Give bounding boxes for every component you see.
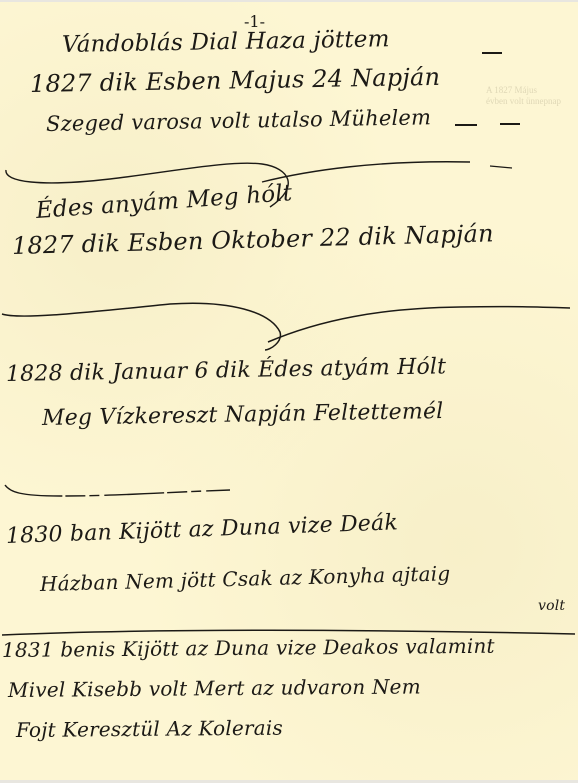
entry-1831-line-3: Fojt Keresztül Az Kolerais — [16, 716, 283, 742]
bleed-line: A 1827 Május — [486, 85, 561, 96]
entry-1830-line-2: Házban Nem jött Csak az Konyha ajtaig — [40, 561, 451, 596]
entry-mother-line-2: 1827 dik Esben Oktober 22 dik Napján — [12, 219, 494, 260]
entry-father-line-1: 1828 dik Januar 6 dik Édes atyám Hólt — [6, 354, 447, 387]
bleed-through-text: A 1827 Május évben volt ünnepnap — [486, 85, 561, 107]
dash-mark — [482, 52, 502, 54]
dash-mark — [500, 123, 520, 125]
manuscript-page: -1- A 1827 Május évben volt ünnepnap Ván… — [0, 2, 578, 780]
entry-birth-line-2: 1827 dik Esben Majus 24 Napján — [30, 63, 441, 98]
entry-mother-line-1: Édes anyám Meg hólt — [35, 180, 293, 224]
entry-1831-line-2: Mivel Kisebb volt Mert az udvaron Nem — [8, 674, 421, 702]
entry-1830-line-1: 1830 ban Kijött az Duna vize Deák — [6, 510, 399, 549]
entry-father-line-2: Meg Vízkereszt Napján Feltettemél — [42, 399, 444, 431]
entry-1831-line-1: 1831 benis Kijött az Duna vize Deakos va… — [2, 634, 495, 662]
entry-birth-line-1: Vándoblás Dial Haza jöttem — [62, 26, 390, 58]
dash-mark — [455, 124, 477, 126]
entry-birth-line-3: Szeged varosa volt utalso Mühelem — [46, 105, 432, 136]
entry-1830-line-3: volt — [538, 598, 565, 614]
bleed-line: évben volt ünnepnap — [486, 96, 561, 107]
